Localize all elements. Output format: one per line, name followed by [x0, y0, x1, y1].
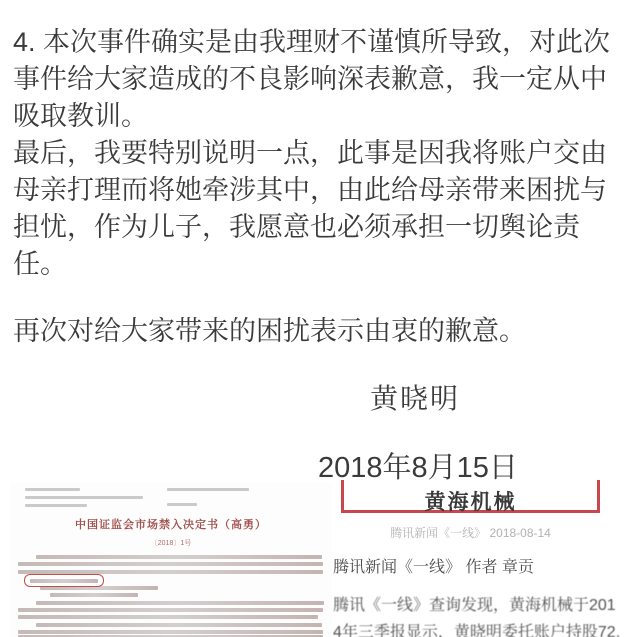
doc-body-line: [18, 630, 323, 634]
doc-body-line: [36, 601, 324, 605]
statement-line: 担忧，作为儿子，我愿意也必须承担一切舆论责: [13, 209, 629, 246]
csrc-decision-document-image[interactable]: 中国证监会市场禁入决定书（高勇） 〔2018〕1号: [10, 483, 332, 637]
doc-body-line: [18, 608, 323, 612]
closing-apology-line: 再次对给大家带来的困扰表示由衷的歉意。: [13, 309, 526, 348]
signature-name: 黄晓明: [370, 377, 460, 417]
news-body-line: 4年三季报显示，黄晓明委托账户持股72.: [333, 619, 620, 637]
doc-body-line: [18, 615, 318, 619]
doc-body-line: [36, 623, 322, 627]
doc-body-line: [36, 555, 322, 559]
statement-line: 母亲打理而将她牵涉其中，由此给母亲带来困扰与: [13, 172, 629, 209]
doc-header-line: [25, 504, 87, 507]
statement-line: 任。: [13, 246, 629, 283]
statement-text-block: 4. 本次事件确实是由我理财不谨慎所导致，对此次 事件给大家造成的不良影响深表歉…: [13, 24, 629, 283]
doc-number: 〔2018〕1号: [10, 538, 332, 548]
doc-header-line: [167, 488, 249, 491]
doc-body-line: [18, 562, 323, 566]
article-page: 4. 本次事件确实是由我理财不谨慎所导致，对此次 事件给大家造成的不良影响深表歉…: [0, 0, 641, 637]
doc-header-line: [25, 496, 143, 499]
statement-line: 事件给大家造成的不良影响深表歉意，我一定从中: [13, 61, 629, 98]
news-byline: 腾讯新闻《一线》 作者 章贡: [333, 554, 534, 577]
doc-header-line: [25, 488, 80, 491]
statement-line: 最后，我要特别说明一点，此事是因我将账户交由: [13, 135, 629, 172]
doc-header-line: [167, 503, 197, 506]
doc-red-highlight-annotation: [24, 574, 104, 587]
doc-body-line: [50, 593, 138, 597]
statement-line: 4. 本次事件确实是由我理财不谨慎所导致，对此次: [13, 24, 629, 61]
doc-title: 中国证监会市场禁入决定书（高勇）: [10, 516, 332, 532]
statement-line: 吸取教训。: [13, 98, 629, 135]
news-source-date: 腾讯新闻《一线》 2018-08-14: [341, 524, 600, 541]
news-body-line: 腾讯《一线》查询发现，黄海机械于201: [333, 592, 616, 615]
tencent-news-screenshot[interactable]: 黄海机械 腾讯新闻《一线》 2018-08-14 腾讯新闻《一线》 作者 章贡 …: [333, 480, 641, 637]
news-headline-company: 黄海机械: [341, 486, 600, 516]
